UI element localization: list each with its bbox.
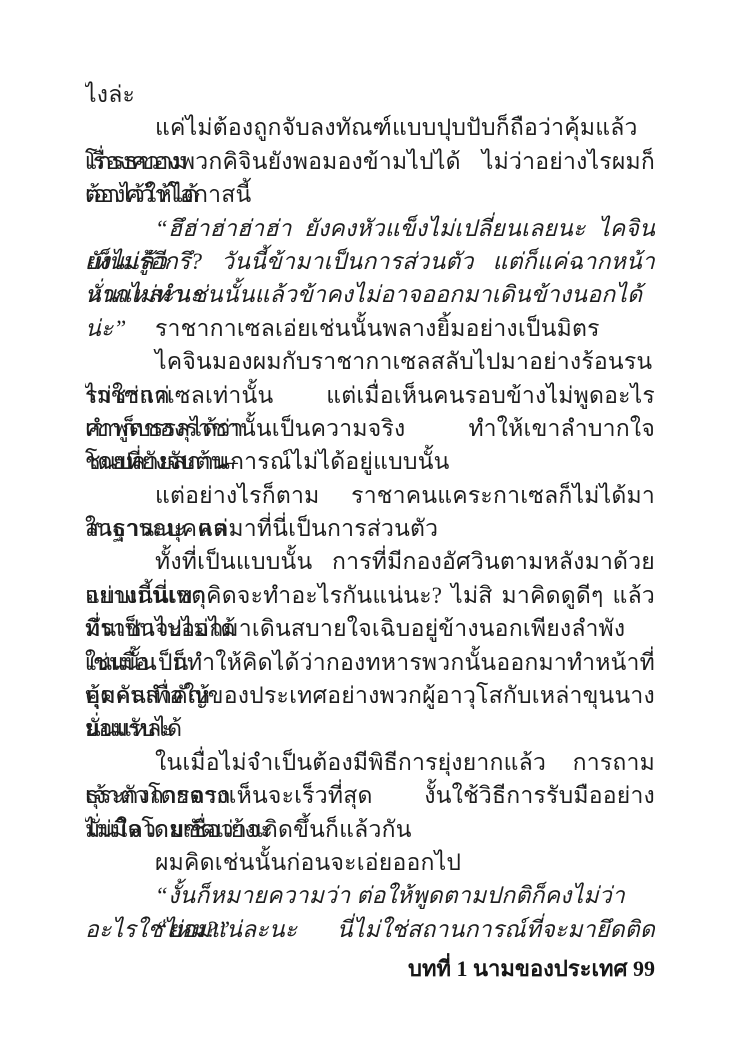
- text-line: ที่ราชาจะออกมาเดินสบายใจเฉิบอยู่ข้างนอกเ…: [85, 612, 655, 645]
- text-line: แต่อย่างไรก็ตาม ราชาคนแคระกาเซลก็ไม่ได้ม…: [85, 479, 655, 512]
- text-line: “ฮึฮ่าฮ่าฮ่าฮ่า ยังคงหัวแข็งไม่เปลี่ยนเล…: [85, 212, 655, 245]
- text-line: ไงล่ะ: [85, 78, 655, 111]
- text-line: ทั้งที่เป็นแบบนั้น การที่มีกองอัศวินตามห…: [85, 545, 655, 578]
- text-line: นั่นแหละ: [85, 712, 655, 745]
- text-line: “งั้นก็หมายความว่า ต่อให้พูดตามปกติก็คงไ…: [85, 879, 655, 912]
- text-line: ในเมื่อไม่จำเป็นต้องมีพิธีการยุ่งยากแล้ว…: [85, 746, 655, 779]
- text-line: เจ้าตัวโดยตรงเห็นจะเร็วที่สุด งั้นใช้วิธ…: [85, 779, 655, 812]
- page-text: ไงล่ะแค่ไม่ต้องถูกจับลงทัณฑ์แบบปุบปับก็ถ…: [85, 78, 655, 946]
- text-line: เอาไว้ให้ได้: [85, 178, 655, 211]
- text-line: ชนปลายสถานการณ์ไม่ได้อยู่แบบนั้น: [85, 445, 655, 478]
- text-line: ยังไม่รู้อีกรึ? วันนี้ข้ามาเป็นการส่วนตั…: [85, 245, 655, 278]
- text-line: สาธารณะ แต่มาที่นี่เป็นการส่วนตัว: [85, 512, 655, 545]
- text-line: คำพูดของราชานั้นเป็นความจริง ทำให้เขาลำบ…: [85, 412, 655, 445]
- text-line: ผมคิดเช่นนั้นก่อนจะเอ่ยออกไป: [85, 846, 655, 879]
- book-page: ไงล่ะแค่ไม่ต้องถูกจับลงทัณฑ์แบบปุบปับก็ถ…: [0, 0, 738, 1051]
- text-line: หากไม่ทำเช่นนั้นแล้วข้าคงไม่อาจออกมาเดิน…: [85, 278, 655, 311]
- text-line: อย่างนี้นี่เขาคิดจะทำอะไรกันแน่นะ? ไม่สิ…: [85, 579, 655, 612]
- text-line: ราชากาเซลเท่านั้น แต่เมื่อเห็นคนรอบข้างไ…: [85, 379, 655, 412]
- text-line: “ย่อมแน่ละนะ นี่ไม่ใช่สถานการณ์ที่จะมายึ…: [85, 913, 655, 946]
- text-line: โกรธของพวกคิจินยังพอมองข้ามไปได้ ไม่ว่าอ…: [85, 145, 655, 178]
- text-line: ราชากาเซลเอ่ยเช่นนั้นพลางยิ้มอย่างเป็นมิ…: [85, 312, 655, 345]
- text-line: เช่นนั้น ก็ทำให้คิดได้ว่ากองทหารพวกนั้นอ…: [85, 646, 655, 679]
- chapter-page-footer: บทที่ 1 นามของประเทศ 99: [408, 951, 655, 986]
- text-line: บุคคลสำคัญของประเทศอย่างพวกผู้อาวุโสกับเ…: [85, 679, 655, 712]
- text-line: แค่ไม่ต้องถูกจับลงทัณฑ์แบบปุบปับก็ถือว่า…: [85, 111, 655, 144]
- text-line: ไคจินมองผมกับราชากาเซลสลับไปมาอย่างร้อนร…: [85, 345, 655, 378]
- text-line: ไม่มีความขัดแย้งเกิดขึ้นก็แล้วกัน: [85, 813, 655, 846]
